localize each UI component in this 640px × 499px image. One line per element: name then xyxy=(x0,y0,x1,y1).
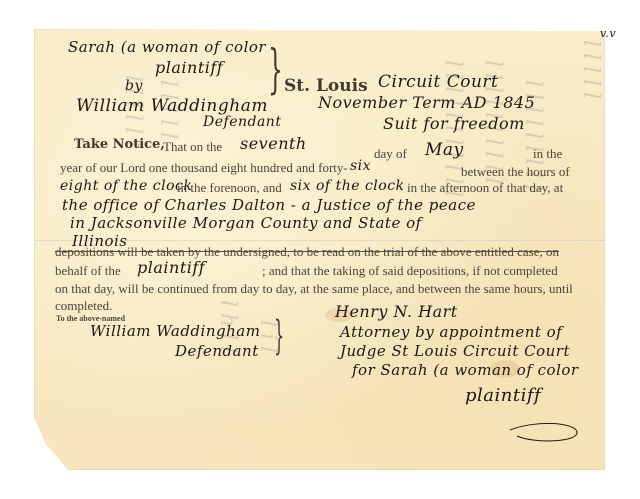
body-text: ; and that the taking of said deposition… xyxy=(262,263,558,279)
addressee-name: William Waddingham xyxy=(90,322,260,340)
suit-type: Suit for freedom xyxy=(383,114,525,133)
attorney-signature: Henry N. Hart xyxy=(335,302,458,321)
struck-body-text: depositions will be taken by the undersi… xyxy=(55,244,559,260)
body-text: on that day, will be continued from day … xyxy=(55,281,573,297)
location-fill-2: in Jacksonville Morgan County and State … xyxy=(70,214,422,232)
body-text: That on the xyxy=(163,139,222,155)
body-text: day of xyxy=(374,146,407,162)
body-text: in the afternoon of that day, at xyxy=(407,180,563,196)
attorney-client-role: plaintiff xyxy=(465,385,541,406)
court-name: Circuit Court xyxy=(378,72,498,92)
attorney-title: Attorney by appointment of xyxy=(340,323,562,341)
attorney-client: for Sarah (a woman of color xyxy=(352,361,579,379)
location-fill-1: the office of Charles Dalton - a Justice… xyxy=(62,196,476,214)
by-label: by xyxy=(125,78,143,94)
body-text: between the hours of xyxy=(461,164,570,180)
defendant-name: William Waddingham xyxy=(76,96,268,116)
body-text: year of our Lord one thousand eight hund… xyxy=(60,160,348,176)
addressee-brace: } xyxy=(274,316,284,356)
evening-hour-fill: six of the clock xyxy=(290,178,405,194)
addressee-role: Defendant xyxy=(175,342,259,360)
body-text: in the forenoon, and xyxy=(177,180,282,196)
attorney-appointment: Judge St Louis Circuit Court xyxy=(340,342,570,360)
signature-flourish xyxy=(505,418,585,448)
day-fill: seventh xyxy=(240,134,307,153)
defendant-label: Defendant xyxy=(203,114,281,130)
body-text: behalf of the xyxy=(55,263,121,279)
plaintiff-name: Sarah (a woman of color xyxy=(68,38,266,56)
court-term: November Term AD 1845 xyxy=(318,93,535,112)
month-fill: May xyxy=(425,140,464,160)
year-fill: six xyxy=(350,158,371,174)
plaintiff-label: plaintiff xyxy=(155,58,223,77)
party-fill: plaintiff xyxy=(137,258,205,277)
take-notice-heading: Take Notice, xyxy=(74,137,165,152)
corner-mark: v.v xyxy=(600,27,616,40)
body-text: in the xyxy=(533,146,562,162)
caption-brace: } xyxy=(268,44,283,96)
body-text: completed. xyxy=(55,298,112,314)
bleed-through-ink: lllll xyxy=(578,40,603,200)
morning-hour-fill: eight of the clock xyxy=(60,178,192,194)
